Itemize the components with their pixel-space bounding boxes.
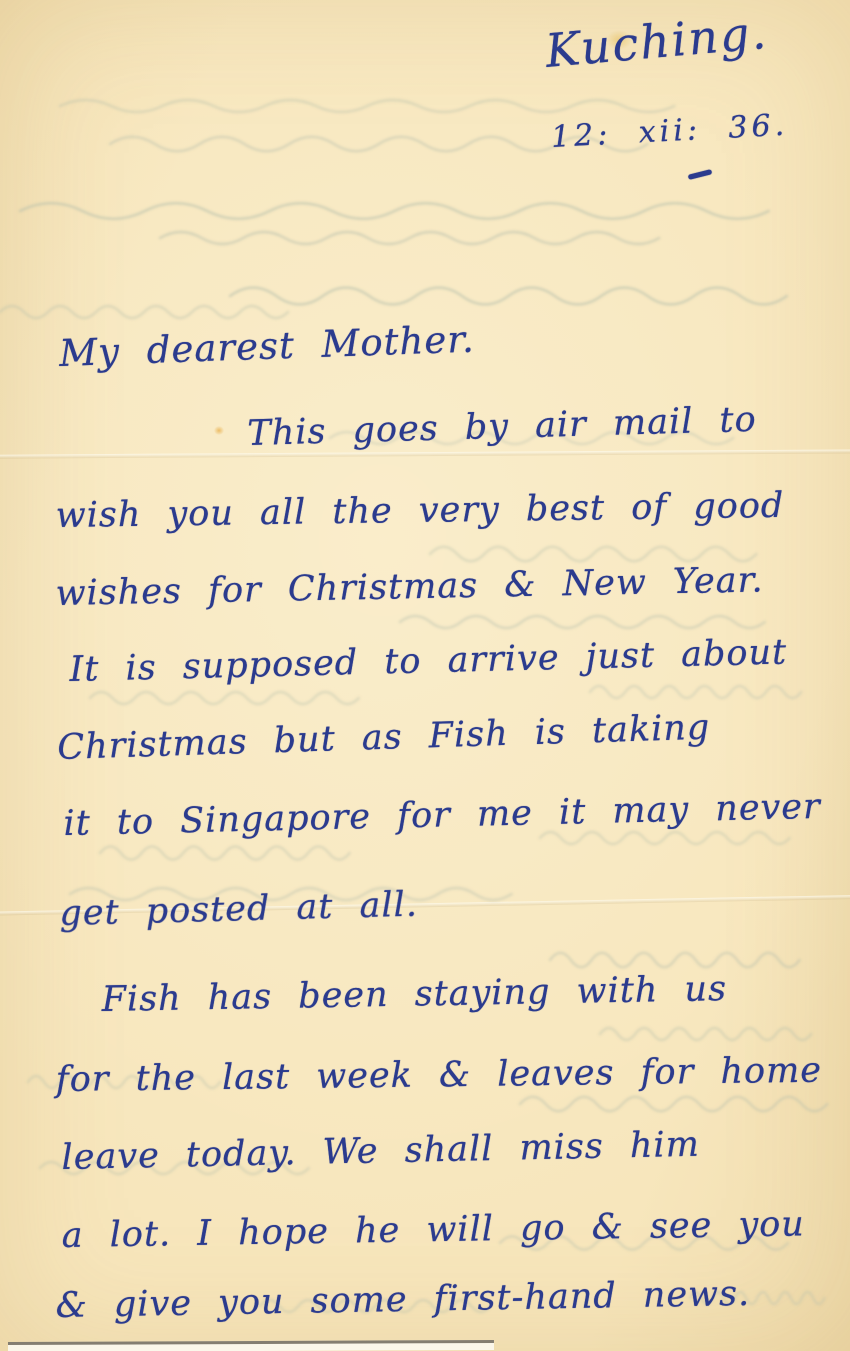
letter-line: & give you some first-hand news. <box>55 1274 750 1326</box>
letter-line: Christmas but as Fish is taking <box>57 708 711 768</box>
letter-line: Fish has been staying with us <box>101 969 727 1020</box>
stray-ink-dash <box>688 169 712 180</box>
letter-line: get posted at all. <box>59 885 418 934</box>
letter-salutation: My dearest Mother. <box>58 318 475 375</box>
letter-line: wishes for Christmas & New Year. <box>55 560 764 614</box>
fold-crease-top <box>0 449 850 458</box>
paper-stain <box>214 426 224 435</box>
letter-line: a lot. I hope he will go & see you <box>61 1204 805 1256</box>
letter-line: It is supposed to arrive just about <box>69 632 788 690</box>
letter-date: 12: xii: 36. <box>550 108 789 155</box>
letter-line: This goes by air mail to <box>247 400 757 454</box>
letter-line: for the last week & leaves for home <box>56 1051 823 1100</box>
letter-line: it to Singapore for me it may never <box>63 787 821 844</box>
paper-edge-shadow <box>8 1340 494 1351</box>
letter-place: Kuching. <box>543 5 770 78</box>
letter-page: Kuching. 12: xii: 36. My dearest Mother.… <box>0 0 850 1351</box>
letter-line: leave today. We shall miss him <box>61 1125 700 1178</box>
letter-line: wish you all the very best of good <box>55 486 784 536</box>
